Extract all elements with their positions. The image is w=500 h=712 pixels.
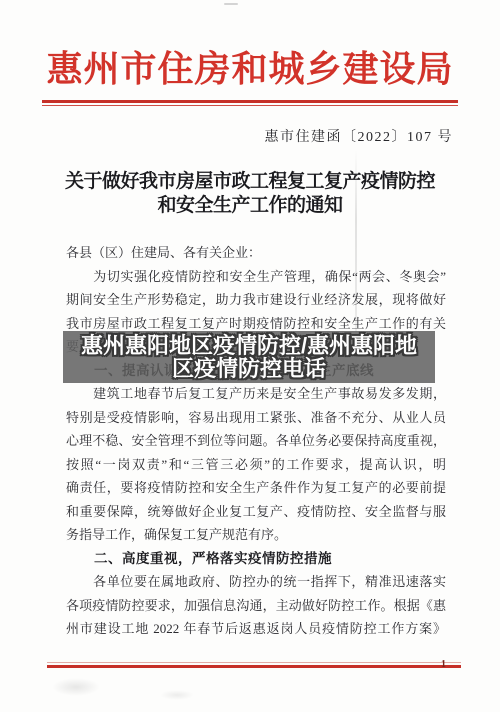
scan-artifact-smudge: [52, 678, 100, 696]
body-line: 特别是受疫情影响，容易出现用工紧张、准备不充分、从业人员: [66, 406, 446, 430]
body-line: 各单位要在属地政府、防控办的统一指挥下，精准迅速落实: [66, 570, 446, 594]
watermark-text-line2: 区疫情防控电话: [172, 357, 326, 380]
scan-artifact-smudge: [160, 690, 194, 700]
watermark-text-line1: 惠州惠阳地区疫情防控/惠州惠阳地: [81, 334, 417, 357]
document-body: 各县（区）住建局、各有关企业： 为切实强化疫情防控和安全生产管理，确保“两会、冬…: [66, 241, 446, 641]
scan-artifact-dash: [224, 3, 238, 5]
body-line: 和重要保障，统筹做好企业复工复产、疫情防控、安全监督与服: [66, 500, 446, 524]
document-title-line2: 和安全生产工作的通知: [0, 194, 500, 218]
body-line: 为切实强化疫情防控和安全生产管理，确保“两会、冬奥会”: [66, 265, 446, 289]
header-red-rule: [42, 100, 458, 106]
header-rule-thin-line: [42, 105, 458, 106]
footer-rule-thin-line: [47, 662, 461, 663]
header-rule-thick-line: [42, 100, 458, 103]
footer-rule-thick-line: [47, 665, 461, 668]
body-line-salutation: 各县（区）住建局、各有关企业：: [66, 241, 446, 265]
body-line: 确责任，要将疫情防控和安全生产条件作为复工复产的必要前提: [66, 476, 446, 500]
section-heading-2: 二、高度重视，严格落实疫情防控措施: [66, 547, 446, 571]
body-line: 各项疫情防控要求，加强信息沟通，主动做好防控工作。根据《惠: [66, 594, 446, 618]
page-number: 1: [441, 659, 446, 670]
body-line: 州市建设工地 2022 年春节后返惠返岗人员疫情防控工作方案》: [66, 617, 446, 641]
body-line: 务指导工作，确保复工复产规范有序。: [66, 523, 446, 547]
body-line: 心理不稳、安全管理不到位等问题。各单位务必要保持高度重视，: [66, 429, 446, 453]
body-line: 期间安全生产形势稳定，助力我市建设行业经济发展，现将做好: [66, 288, 446, 312]
document-title-line1: 关于做好我市房屋市政工程复工复产疫情防控: [0, 170, 500, 194]
footer-red-rule: [47, 662, 461, 668]
scanned-document-page: 惠州市住房和城乡建设局 惠市住建函〔2022〕107 号 关于做好我市房屋市政工…: [0, 0, 500, 712]
document-number: 惠市住建函〔2022〕107 号: [265, 126, 454, 146]
body-line: 按照“一岗双责”和“三管三必须”的工作要求，提高认识，明: [66, 453, 446, 477]
watermark-overlay-banner: 惠州惠阳地区疫情防控/惠州惠阳地 区疫情防控电话: [63, 331, 435, 383]
document-title: 关于做好我市房屋市政工程复工复产疫情防控 和安全生产工作的通知: [0, 170, 500, 218]
agency-header: 惠州市住房和城乡建设局: [0, 46, 500, 92]
body-line: 建筑工地春节后复工复产历来是安全生产事故易发多发期，: [66, 382, 446, 406]
